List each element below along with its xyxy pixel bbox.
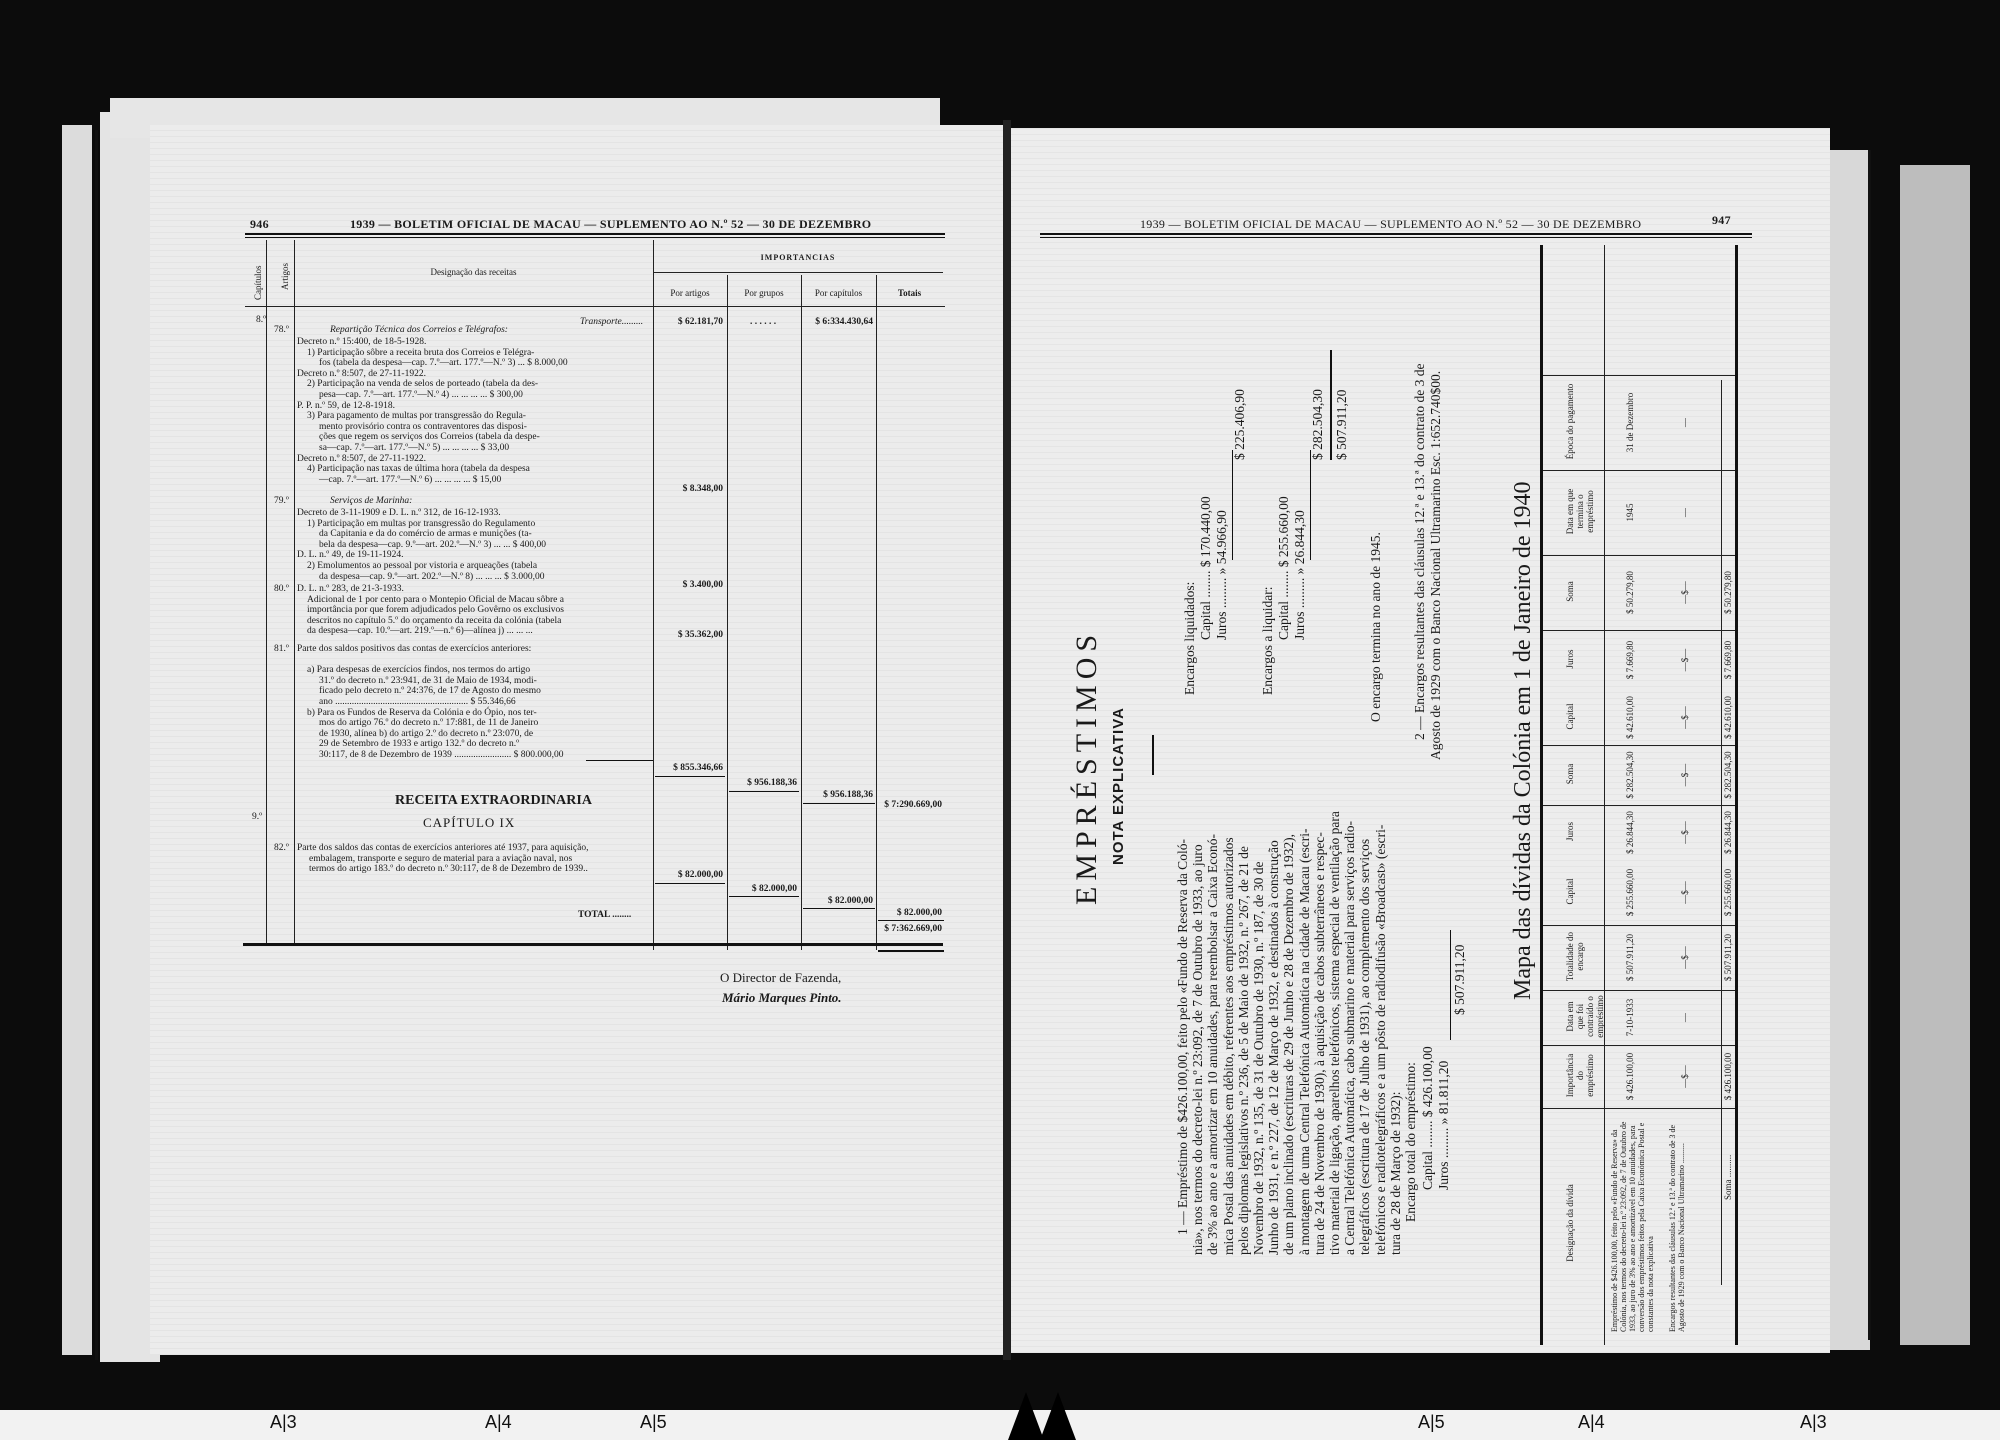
header-totais: Totais bbox=[876, 288, 943, 298]
extra-totais: $ 82.000,00 bbox=[878, 908, 942, 918]
encargos-liquidados-capital: Capital ........ $ 170.440,00 bbox=[1198, 496, 1214, 640]
text-line: a) Para despesas de exercícios findos, n… bbox=[307, 665, 530, 676]
extra-rule-2 bbox=[729, 896, 799, 897]
film-marker-right-3: A|3 bbox=[1800, 1412, 1827, 1433]
encargo-total-capital-label: Capital ........ bbox=[1420, 1121, 1435, 1190]
total-label: TOTAL ........ bbox=[578, 910, 631, 921]
row-81-artigo: 81.º bbox=[274, 644, 289, 655]
film-center-arrow-left bbox=[1008, 1392, 1044, 1440]
encargos-a-liquidar-juros: Juros ......... » 26.844,30 bbox=[1292, 510, 1308, 640]
text-line: à montagem de uma Central Telefónica Aut… bbox=[1297, 829, 1313, 1256]
map-row-designacao: Empréstimo de $426.100,00, feito pelo «F… bbox=[1610, 1112, 1655, 1332]
signature-name: Mário Marques Pinto. bbox=[722, 990, 842, 1006]
text-line: D. L. n.º 49, de 19-11-1924. bbox=[297, 550, 404, 561]
encargos-liquidados-label: Encargos liquidados: bbox=[1182, 582, 1198, 695]
map-cell-data: — bbox=[1680, 994, 1690, 1041]
row-81-subtotal: $ 855.346,66 bbox=[655, 763, 723, 773]
map-column-rule bbox=[1543, 925, 1735, 926]
text-line: ficado pelo decreto n.º 24:376, de 17 de… bbox=[319, 686, 541, 697]
header-designacao: Designação das receitas bbox=[294, 267, 653, 277]
map-cell-epoca: — bbox=[1680, 379, 1690, 466]
encargo-total-juros: Juros ......... » 81.811,20 bbox=[1436, 1061, 1452, 1190]
map-cell-divida-soma: $ 282.504,30 bbox=[1625, 749, 1635, 801]
map-cell-divida-soma: —$— bbox=[1680, 749, 1690, 801]
map-header-cell: Juros bbox=[1565, 809, 1575, 854]
left-page bbox=[150, 125, 1010, 1355]
row-78-heading: Repartição Técnica dos Correios e Telégr… bbox=[330, 325, 508, 336]
map-header-cell: Época do pagamento bbox=[1565, 379, 1575, 464]
book-gutter bbox=[1003, 120, 1011, 1360]
encargos-a-liquidar-total: $ 282.504,30 bbox=[1310, 389, 1326, 460]
loans-subtitle: NOTA EXPLICATIVA bbox=[1110, 707, 1127, 865]
text-line: mos do artigo 76.º do decreto n.º 17:881… bbox=[319, 718, 538, 729]
text-line: Parte dos saldos positivos das contas de… bbox=[297, 644, 531, 655]
col-divider-por-grupos bbox=[801, 275, 802, 950]
col-divider-por-capitulos bbox=[876, 275, 877, 950]
map-table-right-rule bbox=[1735, 245, 1738, 1345]
text-line: —cap. 7.º—art. 177.º—N.º 6) ... ... ... … bbox=[319, 475, 501, 486]
text-line: pelos diplomas legislativos n.º 236, de … bbox=[1236, 846, 1252, 1255]
text-line: bela da despesa—cap. 9.º—art. 202.º—N.º … bbox=[319, 540, 546, 551]
extra-por-grupos: $ 82.000,00 bbox=[729, 884, 797, 894]
row-79-artigo: 79.º bbox=[274, 496, 289, 507]
left-head-rule bbox=[245, 233, 945, 235]
map-cell-encargos-juros: $ 7.669,80 bbox=[1625, 634, 1635, 686]
row-78-subtotal: $ 8.348,00 bbox=[655, 484, 723, 494]
header-por-artigos: Por artigos bbox=[653, 288, 727, 298]
a-liquidar-juros-label: Juros ......... bbox=[1292, 578, 1307, 640]
left-running-head: 1939 — BOLETIM OFICIAL DE MACAU — SUPLEM… bbox=[350, 217, 871, 232]
map-cell-divida-juros: $ 26.844,30 bbox=[1625, 809, 1635, 856]
film-marker-left-3: A|5 bbox=[640, 1412, 667, 1433]
text-line: da despesa—cap. 10.º—art. 219.º—n.º 6)—a… bbox=[307, 626, 533, 637]
ordinary-total: $ 7:290.669,00 bbox=[878, 800, 942, 810]
text-line: pesa—cap. 7.º—art. 177.º—N.º 4) ... ... … bbox=[319, 390, 523, 401]
text-line: ções que regem os serviços dos Correios … bbox=[319, 432, 540, 443]
text-line: nia», nos termos do decreto-lei n.º 23:0… bbox=[1190, 844, 1206, 1255]
left-page-number: 946 bbox=[250, 217, 269, 232]
row-80-artigo: 80.º bbox=[274, 584, 289, 595]
text-line: telefónicos e radiotelegráficos e a um p… bbox=[1373, 825, 1389, 1255]
text-line: tura de 24 de Novembro de 1930), à aquis… bbox=[1312, 832, 1328, 1255]
text-line: Agosto de 1929 com o Banco Nacional Ultr… bbox=[1428, 371, 1444, 760]
map-cell-totalidade: —$— bbox=[1680, 929, 1690, 986]
text-line: termos do artigo 183.º do decreto n.º 30… bbox=[309, 864, 588, 875]
text-line: ano ....................................… bbox=[319, 697, 516, 708]
film-strip bbox=[0, 1410, 2000, 1440]
extra-por-capitulos: $ 82.000,00 bbox=[803, 896, 873, 906]
text-line: de 1930, alínea b) do artigo 2.º do decr… bbox=[319, 729, 533, 740]
map-cell-divida-juros: —$— bbox=[1680, 809, 1690, 856]
paper-stack-edge-right bbox=[1830, 150, 1870, 1350]
subtotal-rule-3 bbox=[729, 791, 799, 792]
text-line: Decreto de 3-11-1909 e D. L. n.º 312, de… bbox=[297, 508, 501, 519]
left-head-rule-2 bbox=[245, 237, 945, 238]
extra-rule-3 bbox=[803, 908, 875, 909]
map-cell-encargos-juros: —$— bbox=[1680, 634, 1690, 686]
header-capitulos: Capítulos bbox=[253, 265, 263, 300]
map-cell-encargos-capital: —$— bbox=[1680, 694, 1690, 741]
encargo-total-label: Encargo total do empréstimo: bbox=[1403, 1062, 1419, 1222]
map-soma-divida-capital: $ 255.660,00 bbox=[1723, 864, 1733, 921]
map-cell-importancia: $ 426.100,00 bbox=[1625, 1049, 1635, 1104]
map-soma-divida-juros: $ 26.844,30 bbox=[1723, 809, 1733, 856]
liquidados-rule bbox=[1232, 450, 1233, 560]
map-column-rule bbox=[1543, 470, 1735, 471]
map-header-cell: Data em que foi contraído o empréstimo bbox=[1565, 994, 1605, 1039]
header-importancias: IMPORTANCIAS bbox=[653, 253, 943, 262]
map-cell-epoca: 31 de Dezembro bbox=[1625, 379, 1635, 466]
encargos-a-liquidar-label: Encargos a liquidar: bbox=[1260, 587, 1276, 695]
map-title: Mapa das dívidas da Colónia em 1 de Jane… bbox=[1510, 481, 1537, 1000]
map-header-cell: Capital bbox=[1565, 694, 1575, 739]
map-cell-termina: 1945 bbox=[1625, 474, 1635, 551]
row-78-capitulo: 8.º bbox=[256, 315, 266, 326]
map-soma-divida-soma: $ 282.504,30 bbox=[1723, 749, 1733, 801]
text-line: telegráficos (escritura de 17 de Julho d… bbox=[1357, 839, 1373, 1255]
encargo-total-rule bbox=[1450, 930, 1451, 1040]
text-line: sa—cap. 7.º—art. 177.º—N.º 5) ... ... ..… bbox=[319, 443, 509, 454]
text-line: embalagem, transporte e seguro de materi… bbox=[309, 854, 572, 865]
film-marker-left-1: A|3 bbox=[270, 1412, 297, 1433]
map-column-rule bbox=[1543, 1045, 1735, 1046]
text-line: tivo material de ligação, aparelhos tele… bbox=[1327, 811, 1343, 1255]
text-line: da despesa—cap. 9.º—art. 202.º—N.º 8) ..… bbox=[319, 572, 544, 583]
map-column-rule bbox=[1543, 375, 1735, 376]
liquidados-capital-label: Capital ........ bbox=[1198, 571, 1213, 640]
signature-title: O Director de Fazenda, bbox=[720, 970, 841, 986]
extra-por-artigos: $ 82.000,00 bbox=[655, 870, 723, 880]
encargo-total-capital-value: $ 426.100,00 bbox=[1420, 1046, 1435, 1117]
map-cell-encargos-soma: $ 50.279,80 bbox=[1625, 559, 1635, 626]
text-line: da Capitania e da do comércio de armas e… bbox=[319, 529, 532, 540]
map-column-rule bbox=[1543, 1108, 1735, 1109]
extraordinary-chapter: CAPÍTULO IX bbox=[423, 815, 515, 831]
text-line: 4) Participação nas taxas de última hora… bbox=[307, 464, 530, 475]
header-por-capitulos: Por capítulos bbox=[801, 288, 876, 298]
map-soma-divider bbox=[1721, 380, 1722, 1285]
encargos-liquidados-total: $ 225.406,90 bbox=[1232, 389, 1248, 460]
extra-rule-1 bbox=[655, 883, 725, 884]
encargos-grand-total: $ 507.911,20 bbox=[1334, 390, 1350, 460]
grand-total-rule bbox=[878, 920, 944, 921]
text-line: 30:117, de 8 de Dezembro de 1939 .......… bbox=[319, 750, 564, 761]
liquidados-juros-value: » 54.966,90 bbox=[1214, 510, 1229, 574]
text-line: de 3% ao ano e a amortizar em 10 anuidad… bbox=[1205, 834, 1221, 1255]
termination-note: O encargo termina no ano de 1945. bbox=[1368, 532, 1384, 722]
paper-stack-edge-left bbox=[62, 125, 92, 1355]
right-running-head: 1939 — BOLETIM OFICIAL DE MACAU — SUPLEM… bbox=[1140, 217, 1641, 232]
header-artigos: Artigos bbox=[280, 263, 290, 290]
right-head-rule-2 bbox=[1040, 237, 1752, 238]
map-header-divider bbox=[1604, 245, 1605, 1345]
map-header-cell: Capital bbox=[1565, 864, 1575, 919]
row-79-heading: Serviços de Marinha: bbox=[330, 496, 412, 507]
text-line: importância por que forem adjudicados pe… bbox=[307, 605, 564, 616]
map-header-cell: Soma bbox=[1565, 559, 1575, 624]
map-cell-divida-capital: —$— bbox=[1680, 864, 1690, 921]
map-column-rule bbox=[1543, 630, 1735, 631]
a-liquidar-capital-value: $ 255.660,00 bbox=[1276, 496, 1291, 567]
film-marker-right-1: A|5 bbox=[1418, 1412, 1445, 1433]
col-divider-designacao bbox=[653, 240, 654, 950]
text-line: D. L. n.º 283, de 21-3-1933. bbox=[297, 584, 404, 595]
text-line: 1 — Empréstimo de $426.100,00, feito pel… bbox=[1175, 839, 1191, 1235]
right-head-rule bbox=[1040, 233, 1752, 235]
grand-total: $ 7:362.669,00 bbox=[878, 924, 942, 934]
extra-artigo: 82.º bbox=[274, 843, 289, 854]
map-cell-importancia: —$— bbox=[1680, 1049, 1690, 1104]
loans-title: EMPRÉSTIMOS bbox=[1070, 629, 1104, 905]
text-line: b) Para os Fundos de Reserva da Colónia … bbox=[307, 708, 537, 719]
map-soma-encargos-soma: $ 50.279,80 bbox=[1723, 559, 1733, 626]
a-liquidar-grand-rule bbox=[1330, 350, 1332, 460]
row-80-subtotal: $ 35.362,00 bbox=[655, 630, 723, 640]
subtotal-rule-2 bbox=[655, 776, 725, 777]
header-por-grupos: Por grupos bbox=[727, 288, 801, 298]
encargo-total-juros-label: Juros ......... bbox=[1436, 1128, 1451, 1190]
text-line: 29 de Setembro de 1933 e artigo 132.º do… bbox=[319, 739, 519, 750]
text-line: fos (tabela da despesa—cap. 7.º—art. 177… bbox=[319, 358, 568, 369]
text-line: 2 — Encargos resultantes das cláusulas 1… bbox=[1412, 364, 1428, 740]
a-liquidar-rule bbox=[1310, 450, 1311, 560]
map-header-cell: Soma bbox=[1565, 749, 1575, 799]
map-header-cell: Importância do empréstimo bbox=[1565, 1049, 1595, 1102]
map-soma-label: Soma .......... bbox=[1723, 1155, 1733, 1200]
text-line: Junho de 1931, e n.º 227, de 12 de Março… bbox=[1266, 840, 1282, 1255]
text-line: 2) Participação na venda de selos de por… bbox=[307, 379, 538, 390]
page-fold-line-left bbox=[95, 130, 98, 1360]
importancias-underline bbox=[653, 272, 943, 273]
text-line: Novembro de 1932, n.º 135, de 31 de Outu… bbox=[1251, 862, 1267, 1255]
col-divider-artigos bbox=[294, 240, 295, 945]
map-header-cell: Designação da dívida bbox=[1565, 1112, 1575, 1334]
encargo-total-juros-value: » 81.811,20 bbox=[1436, 1061, 1451, 1125]
map-cell-divida-capital: $ 255.660,00 bbox=[1625, 864, 1635, 921]
row-78-artigo: 78.º bbox=[274, 325, 289, 336]
table-bottom-rule bbox=[243, 943, 943, 946]
map-soma-importancia: $ 426.100,00 bbox=[1723, 1049, 1733, 1104]
map-soma-encargos-juros: $ 7.669,80 bbox=[1723, 634, 1733, 686]
extra-capitulo: 9.º bbox=[252, 812, 262, 823]
text-line: Decreto n.º 15:400, de 18-5-1928. bbox=[297, 337, 426, 348]
text-line: a Central Telefónica Automática, cabo su… bbox=[1342, 821, 1358, 1255]
encargo-total-capital: Capital ........ $ 426.100,00 bbox=[1420, 1046, 1436, 1190]
grand-total-double-rule bbox=[878, 950, 944, 952]
text-line: 2) Emolumentos ao pessoal por vistoria e… bbox=[307, 561, 537, 572]
paper-stack-edge-right-outer bbox=[1900, 165, 1970, 1345]
col-divider-por-artigos bbox=[727, 275, 728, 950]
map-header-cell: Data em que termina o empréstimo bbox=[1565, 474, 1595, 549]
map-column-rule bbox=[1543, 745, 1735, 746]
map-column-rule bbox=[1543, 805, 1735, 806]
map-cell-termina: — bbox=[1680, 474, 1690, 551]
transporte-por-artigos: $ 62.181,70 bbox=[655, 317, 723, 327]
map-cell-totalidade: $ 507.911,20 bbox=[1625, 929, 1635, 986]
encargos-liquidados-juros: Juros ......... » 54.966,90 bbox=[1214, 510, 1230, 640]
header-bottom-rule bbox=[245, 306, 945, 307]
transporte-por-capitulos: $ 6:334.430,64 bbox=[803, 317, 873, 327]
subtotal-rule-1 bbox=[586, 760, 653, 761]
a-liquidar-juros-value: » 26.844,30 bbox=[1292, 510, 1307, 574]
row-79-subtotal: $ 3.400,00 bbox=[655, 580, 723, 590]
text-line: 3) Para pagamento de multas por transgre… bbox=[307, 411, 526, 422]
map-cell-encargos-soma: —$— bbox=[1680, 559, 1690, 626]
transporte-por-grupos: . . . . . . bbox=[730, 317, 796, 327]
film-marker-right-2: A|4 bbox=[1578, 1412, 1605, 1433]
text-line: mica Postal das anuidades em débito, ref… bbox=[1221, 837, 1237, 1255]
text-line: de um plano inclinado (escrituras de 29 … bbox=[1281, 834, 1297, 1255]
a-liquidar-capital-label: Capital ........ bbox=[1276, 571, 1291, 640]
page-fold-line-right bbox=[1868, 150, 1871, 1340]
map-header-cell: Juros bbox=[1565, 634, 1575, 684]
subtotal-rule-4 bbox=[803, 803, 875, 804]
group-total: $ 956.188,36 bbox=[729, 778, 797, 788]
map-cell-encargos-capital: $ 42.610,00 bbox=[1625, 694, 1635, 741]
text-line: tura de 28 de Março de 1932): bbox=[1388, 1092, 1404, 1255]
subtitle-separator bbox=[1152, 735, 1154, 775]
right-page-number: 947 bbox=[1712, 213, 1731, 228]
chapter-total: $ 956.188,36 bbox=[803, 790, 873, 800]
map-soma-encargos-capital: $ 42.610,00 bbox=[1723, 694, 1733, 741]
liquidados-capital-value: $ 170.440,00 bbox=[1198, 496, 1213, 567]
text-line: Parte dos saldos das contas de exercício… bbox=[297, 843, 589, 854]
map-cell-data: 7-10-1933 bbox=[1625, 994, 1635, 1041]
map-column-rule bbox=[1543, 990, 1735, 991]
map-column-rule bbox=[1543, 555, 1735, 556]
col-divider-capitulos bbox=[266, 240, 267, 945]
encargos-a-liquidar-capital: Capital ........ $ 255.660,00 bbox=[1276, 496, 1292, 640]
map-table-left-rule bbox=[1540, 245, 1543, 1345]
map-header-cell: Totalidade do encargo bbox=[1565, 929, 1585, 984]
map-row-designacao: Encargos resultantes das cláusulas 12.ª … bbox=[1668, 1112, 1686, 1332]
film-center-arrow-right bbox=[1040, 1392, 1076, 1440]
film-marker-left-2: A|4 bbox=[485, 1412, 512, 1433]
transporte-label: Transporte......... bbox=[580, 317, 643, 328]
map-soma-totalidade: $ 507.911,20 bbox=[1723, 929, 1733, 986]
extraordinary-title: RECEITA EXTRAORDINARIA bbox=[395, 793, 592, 809]
liquidados-juros-label: Juros ......... bbox=[1214, 578, 1229, 640]
encargo-total-sum: $ 507.911,20 bbox=[1452, 945, 1468, 1015]
